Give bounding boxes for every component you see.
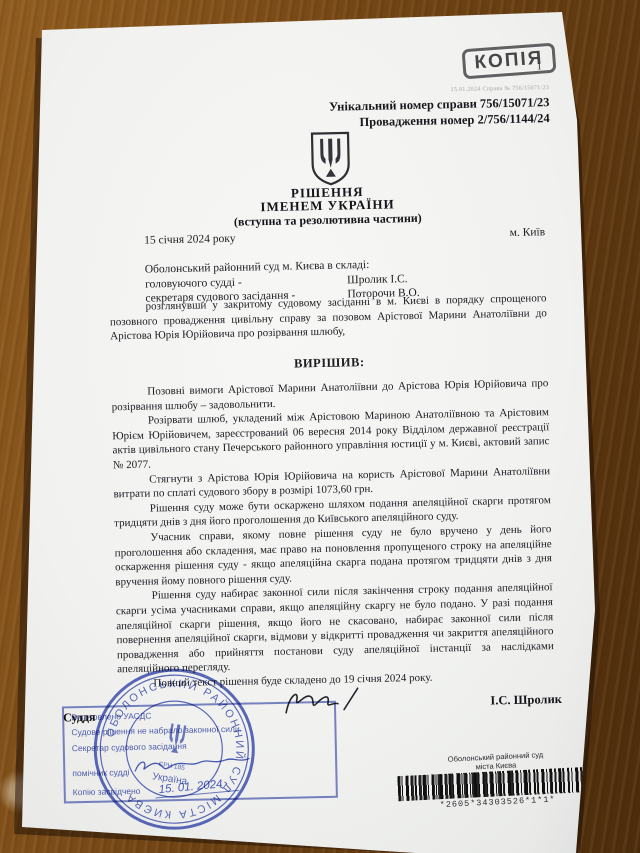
ukraine-trident-emblem-icon	[309, 130, 352, 192]
document-content: КОПІЯ 1 15.01.2024 Справа № 756/15071/23…	[0, 0, 640, 853]
copy-stamp-label: КОПІЯ	[474, 47, 544, 73]
copy-stamp: КОПІЯ	[462, 43, 557, 80]
decision-heading: ВИРІШИВ:	[111, 351, 548, 375]
proceeding-number-line: Провадження номер 2/756/1144/24	[329, 110, 550, 131]
case-reference-block: Унікальний номер справи 756/15071/23 Про…	[329, 94, 550, 131]
considering-paragraph: розглянувши у закритому судовому засідан…	[109, 291, 547, 344]
decision-date: 15 січня 2024 року	[144, 233, 236, 247]
document-title: РІШЕННЯ ІМЕНЕМ УКРАЇНИ (вступна та резол…	[107, 181, 548, 231]
decision-city: м. Київ	[510, 226, 546, 239]
decision-paragraph: Рішення суду набирає законної сили після…	[116, 580, 555, 677]
decision-paragraph: Розірвати шлюб, укладений між Арістовою …	[112, 405, 550, 473]
faint-reference-line: 15.01.2024 Справа № 756/15071/23	[451, 85, 550, 93]
round-court-seal: ОБОЛОНСЬКИЙ РАЙОННИЙ СУД МІСТА КИЄВА ЄРН…	[79, 654, 269, 848]
page-number: 1	[537, 61, 542, 72]
document-page: КОПІЯ 1 15.01.2024 Справа № 756/15071/23…	[0, 0, 640, 853]
judge-name: Шролик І.С.	[347, 272, 408, 288]
barcode-block: Оболонський районний суд міста Києва *26…	[392, 747, 600, 812]
decision-paragraph: Учасник справи, якому повне рішення суду…	[114, 522, 552, 590]
seal-code: ЄРН 185	[158, 761, 185, 772]
seal-center-text: Україна	[151, 771, 188, 787]
decision-paragraphs: Позовні вимоги Арістової Марини Анатолії…	[111, 376, 554, 692]
judge-signature-name: І.С. Шролик	[490, 692, 562, 708]
